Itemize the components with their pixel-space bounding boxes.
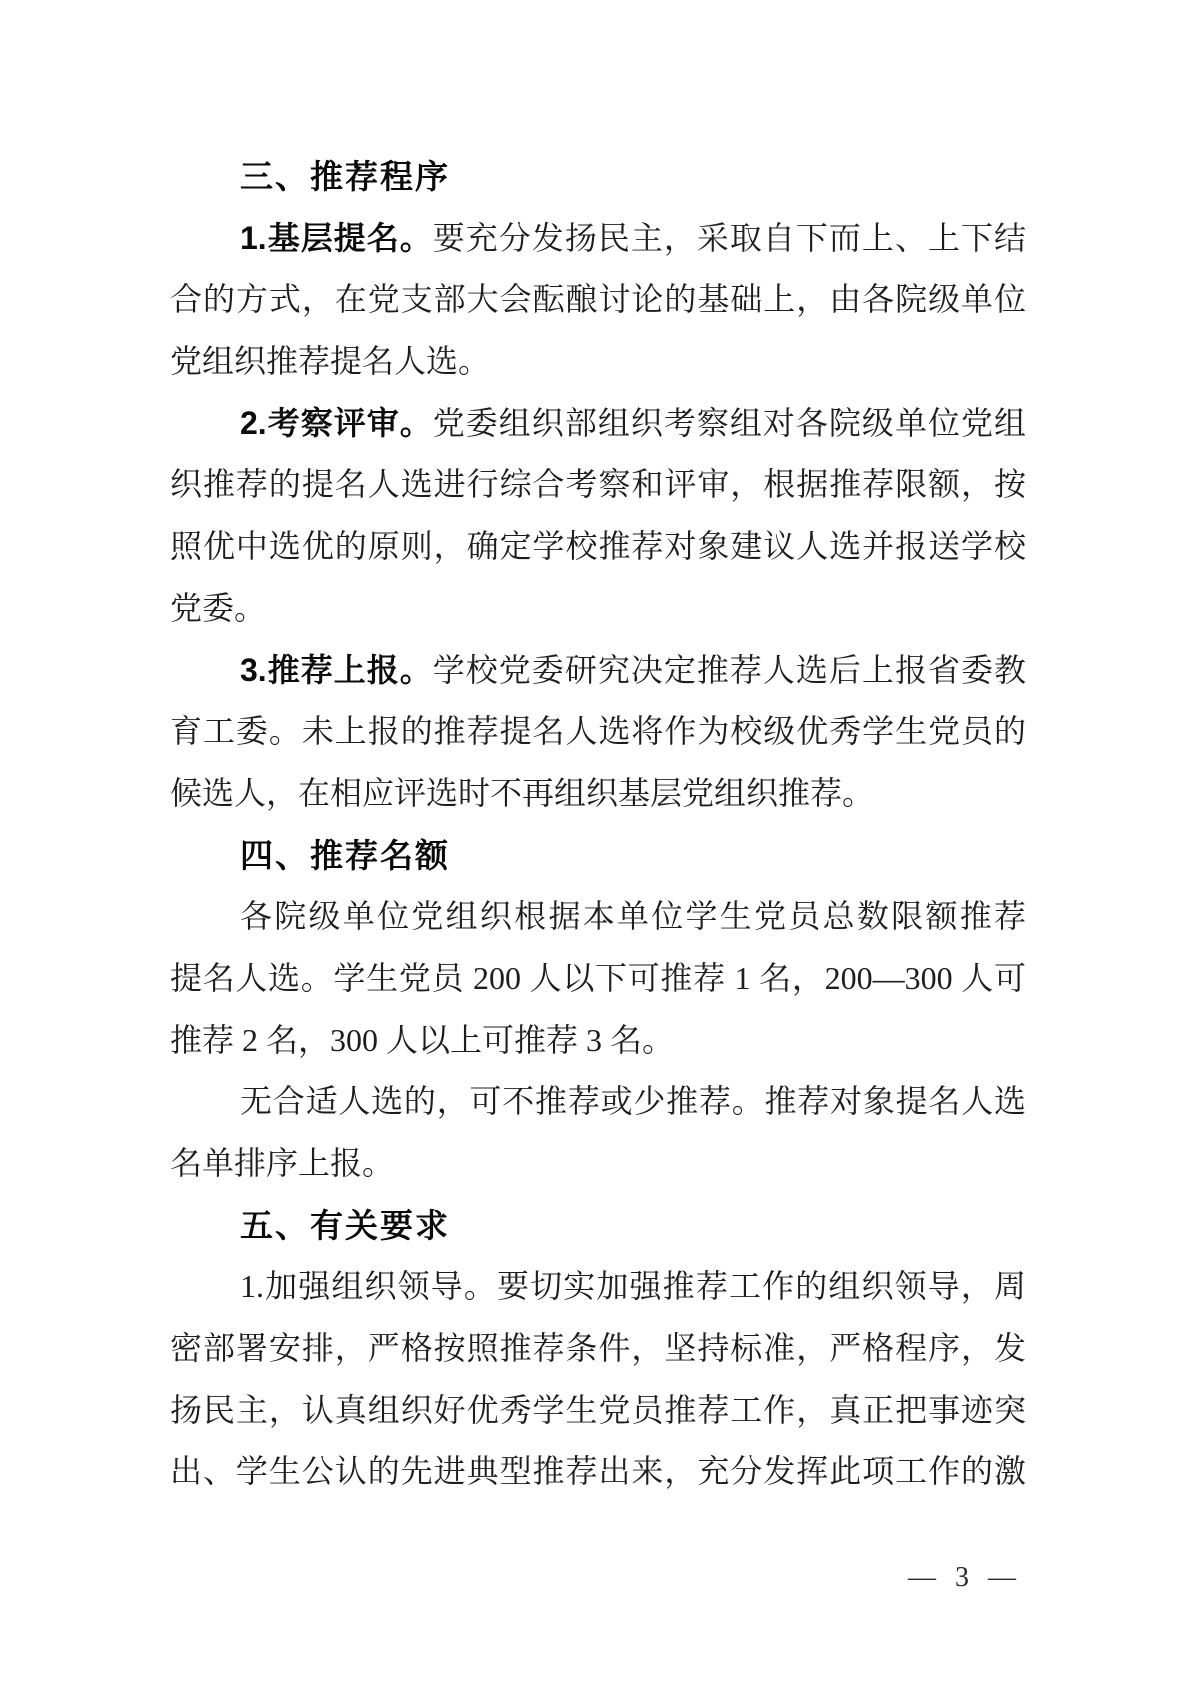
document-text: 三、推荐程序1.基层提名。要充分发扬民主，采取自下而上、上下结合的方式，在党支部… <box>170 146 1026 1503</box>
emphasized-text: 1.基层提名。 <box>240 220 433 256</box>
text-line: 1.加强组织领导。要切实加强推荐工作的组织领导，周 <box>170 1256 1026 1318</box>
text-line: 育工委。未上报的推荐提名人选将作为校级优秀学生党员的 <box>170 701 1026 763</box>
text-line: 提名人选。学生党员 200 人以下可推荐 1 名，200—300 人可 <box>170 948 1026 1010</box>
body-text: 各院级单位党组织根据本单位学生党员总数限额推荐 <box>240 898 1026 934</box>
body-text: 合的方式，在党支部大会酝酿讨论的基础上，由各院级单位 <box>170 281 1026 317</box>
document-page: 三、推荐程序1.基层提名。要充分发扬民主，采取自下而上、上下结合的方式，在党支部… <box>0 0 1190 1683</box>
body-text: 要充分发扬民主，采取自下而上、上下结 <box>433 220 1026 256</box>
body-text: 推荐 2 名，300 人以上可推荐 3 名。 <box>170 1022 674 1058</box>
text-line: 候选人，在相应评选时不再组织基层党组织推荐。 <box>170 763 1026 825</box>
text-line: 扬民主，认真组织好优秀学生党员推荐工作，真正把事迹突 <box>170 1380 1026 1442</box>
emphasized-text: 四、推荐名额 <box>240 837 450 874</box>
body-text: 提名人选。学生党员 200 人以下可推荐 1 名，200—300 人可 <box>170 960 1026 996</box>
body-text: 无合适人选的，可不推荐或少推荐。推荐对象提名人选 <box>240 1083 1026 1119</box>
text-line: 出、学生公认的先进典型推荐出来，充分发挥此项工作的激 <box>170 1441 1026 1503</box>
text-line: 党委。 <box>170 578 1026 640</box>
body-text: 出、学生公认的先进典型推荐出来，充分发挥此项工作的激 <box>170 1453 1026 1489</box>
body-text: 密部署安排，严格按照推荐条件，坚持标准，严格程序，发 <box>170 1330 1026 1366</box>
emphasized-text: 2.考察评审。 <box>240 405 433 441</box>
text-line: 3.推荐上报。学校党委研究决定推荐人选后上报省委教 <box>170 640 1026 702</box>
emphasized-text: 三、推荐程序 <box>240 158 450 195</box>
text-line: 无合适人选的，可不推荐或少推荐。推荐对象提名人选 <box>170 1071 1026 1133</box>
body-text: 织推荐的提名人选进行综合考察和评审，根据推荐限额，按 <box>170 466 1026 502</box>
text-line: 织推荐的提名人选进行综合考察和评审，根据推荐限额，按 <box>170 454 1026 516</box>
page-number: — 3 — <box>170 1558 1026 1598</box>
body-text: 党组织推荐提名人选。 <box>170 343 490 379</box>
body-text: 候选人，在相应评选时不再组织基层党组织推荐。 <box>170 775 874 811</box>
text-line: 名单排序上报。 <box>170 1133 1026 1195</box>
emphasized-text: 五、有关要求 <box>240 1207 450 1244</box>
body-text: 1.加强组织领导。要切实加强推荐工作的组织领导，周 <box>240 1268 1026 1304</box>
body-text: 育工委。未上报的推荐提名人选将作为校级优秀学生党员的 <box>170 713 1026 749</box>
emphasized-text: 3.推荐上报。 <box>240 652 433 688</box>
body-text: 党委。 <box>170 590 266 626</box>
section-heading: 四、推荐名额 <box>170 825 1026 887</box>
text-line: 2.考察评审。党委组织部组织考察组对各院级单位党组 <box>170 393 1026 455</box>
text-line: 各院级单位党组织根据本单位学生党员总数限额推荐 <box>170 886 1026 948</box>
body-text: 名单排序上报。 <box>170 1145 394 1181</box>
body-text: 党委组织部组织考察组对各院级单位党组 <box>433 405 1026 441</box>
body-text: 扬民主，认真组织好优秀学生党员推荐工作，真正把事迹突 <box>170 1392 1026 1428</box>
body-text: 学校党委研究决定推荐人选后上报省委教 <box>433 652 1026 688</box>
section-heading: 五、有关要求 <box>170 1195 1026 1257</box>
text-line: 1.基层提名。要充分发扬民主，采取自下而上、上下结 <box>170 208 1026 270</box>
text-line: 党组织推荐提名人选。 <box>170 331 1026 393</box>
text-line: 推荐 2 名，300 人以上可推荐 3 名。 <box>170 1010 1026 1072</box>
text-line: 密部署安排，严格按照推荐条件，坚持标准，严格程序，发 <box>170 1318 1026 1380</box>
section-heading: 三、推荐程序 <box>170 146 1026 208</box>
body-text: 照优中选优的原则，确定学校推荐对象建议人选并报送学校 <box>170 528 1026 564</box>
text-line: 照优中选优的原则，确定学校推荐对象建议人选并报送学校 <box>170 516 1026 578</box>
text-line: 合的方式，在党支部大会酝酿讨论的基础上，由各院级单位 <box>170 269 1026 331</box>
